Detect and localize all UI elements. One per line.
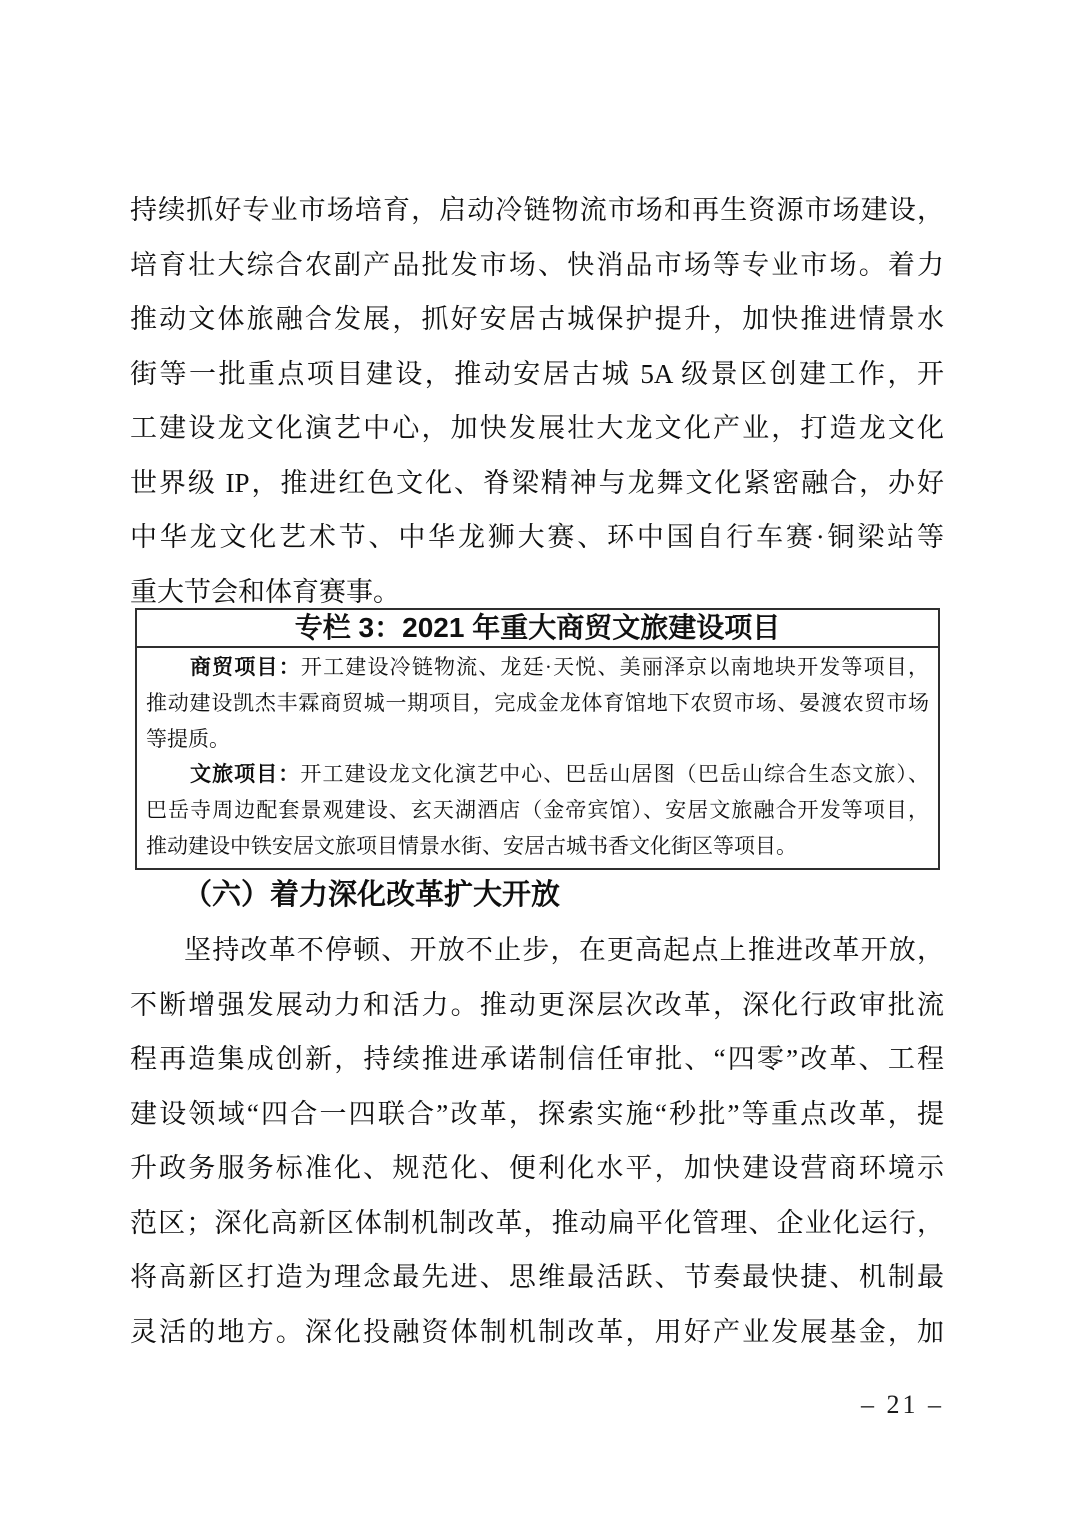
box-section-text: 开工建设冷链物流、龙廷·天悦、美丽泽京以南地块开发等项目， xyxy=(301,655,929,679)
box-body: 商贸项目：开工建设冷链物流、龙廷·天悦、美丽泽京以南地块开发等项目， 推动建设凯… xyxy=(137,648,938,868)
body-line: 中华龙文化艺术节、中华龙狮大赛、环中国自行车赛·铜梁站等 xyxy=(130,510,944,565)
body-line: 建设领域“四合一四联合”改革，探索实施“秒批”等重点改革，提 xyxy=(130,1087,944,1142)
box-section-label: 商贸项目： xyxy=(190,655,301,679)
box-line: 文旅项目：开工建设龙文化演艺中心、巴岳山居图（巴岳山综合生态文旅）、 xyxy=(146,757,929,793)
box-line: 商贸项目：开工建设冷链物流、龙廷·天悦、美丽泽京以南地块开发等项目， xyxy=(146,650,929,686)
body-line: 升政务服务标准化、规范化、便利化水平，加快建设营商环境示 xyxy=(130,1141,944,1196)
box-line: 推动建设凯杰丰霖商贸城一期项目，完成金龙体育馆地下农贸市场、晏渡农贸市场 xyxy=(146,686,929,722)
body-line: 街等一批重点项目建设，推动安居古城 5A 级景区创建工作，开 xyxy=(130,347,944,402)
box-title: 专栏 3：2021 年重大商贸文旅建设项目 xyxy=(137,610,938,648)
box-section-text: 开工建设龙文化演艺中心、巴岳山居图（巴岳山综合生态文旅）、 xyxy=(300,762,929,786)
paragraph-market-culture-tourism: 持续抓好专业市场培育，启动冷链物流市场和再生资源市场建设， 培育壮大综合农副产品… xyxy=(130,183,944,619)
body-line: 坚持改革不停顿、开放不止步，在更高起点上推进改革开放， xyxy=(130,923,944,978)
page-number: – 21 – xyxy=(130,1390,944,1420)
body-line: 灵活的地方。深化投融资体制机制改革，用好产业发展基金，加 xyxy=(130,1305,944,1360)
body-line: 将高新区打造为理念最先进、思维最活跃、节奏最快捷、机制最 xyxy=(130,1250,944,1305)
special-column-box: 专栏 3：2021 年重大商贸文旅建设项目 商贸项目：开工建设冷链物流、龙廷·天… xyxy=(135,608,940,870)
box-line: 巴岳寺周边配套景观建设、玄天湖酒店（金帝宾馆）、安居文旅融合开发等项目， xyxy=(146,793,929,829)
body-line: 工建设龙文化演艺中心，加快发展壮大龙文化产业，打造龙文化 xyxy=(130,401,944,456)
body-line: 程再造集成创新，持续推进承诺制信任审批、“四零”改革、工程 xyxy=(130,1032,944,1087)
paragraph-reform-opening: 坚持改革不停顿、开放不止步，在更高起点上推进改革开放， 不断增强发展动力和活力。… xyxy=(130,923,944,1359)
body-line: 持续抓好专业市场培育，启动冷链物流市场和再生资源市场建设， xyxy=(130,183,944,238)
section-heading: （六）着力深化改革扩大开放 xyxy=(130,875,944,915)
body-line: 世界级 IP，推进红色文化、脊梁精神与龙舞文化紧密融合，办好 xyxy=(130,456,944,511)
body-line: 范区；深化高新区体制机制改革，推动扁平化管理、企业化运行， xyxy=(130,1196,944,1251)
box-section-label: 文旅项目： xyxy=(190,762,300,786)
box-line: 推动建设中铁安居文旅项目情景水街、安居古城书香文化街区等项目。 xyxy=(146,829,929,865)
document-page: 持续抓好专业市场培育，启动冷链物流市场和再生资源市场建设， 培育壮大综合农副产品… xyxy=(0,0,1074,1520)
box-line: 等提质。 xyxy=(146,722,929,758)
body-line: 推动文体旅融合发展，抓好安居古城保护提升，加快推进情景水 xyxy=(130,292,944,347)
body-line: 不断增强发展动力和活力。推动更深层次改革，深化行政审批流 xyxy=(130,978,944,1033)
body-line: 培育壮大综合农副产品批发市场、快消品市场等专业市场。着力 xyxy=(130,238,944,293)
